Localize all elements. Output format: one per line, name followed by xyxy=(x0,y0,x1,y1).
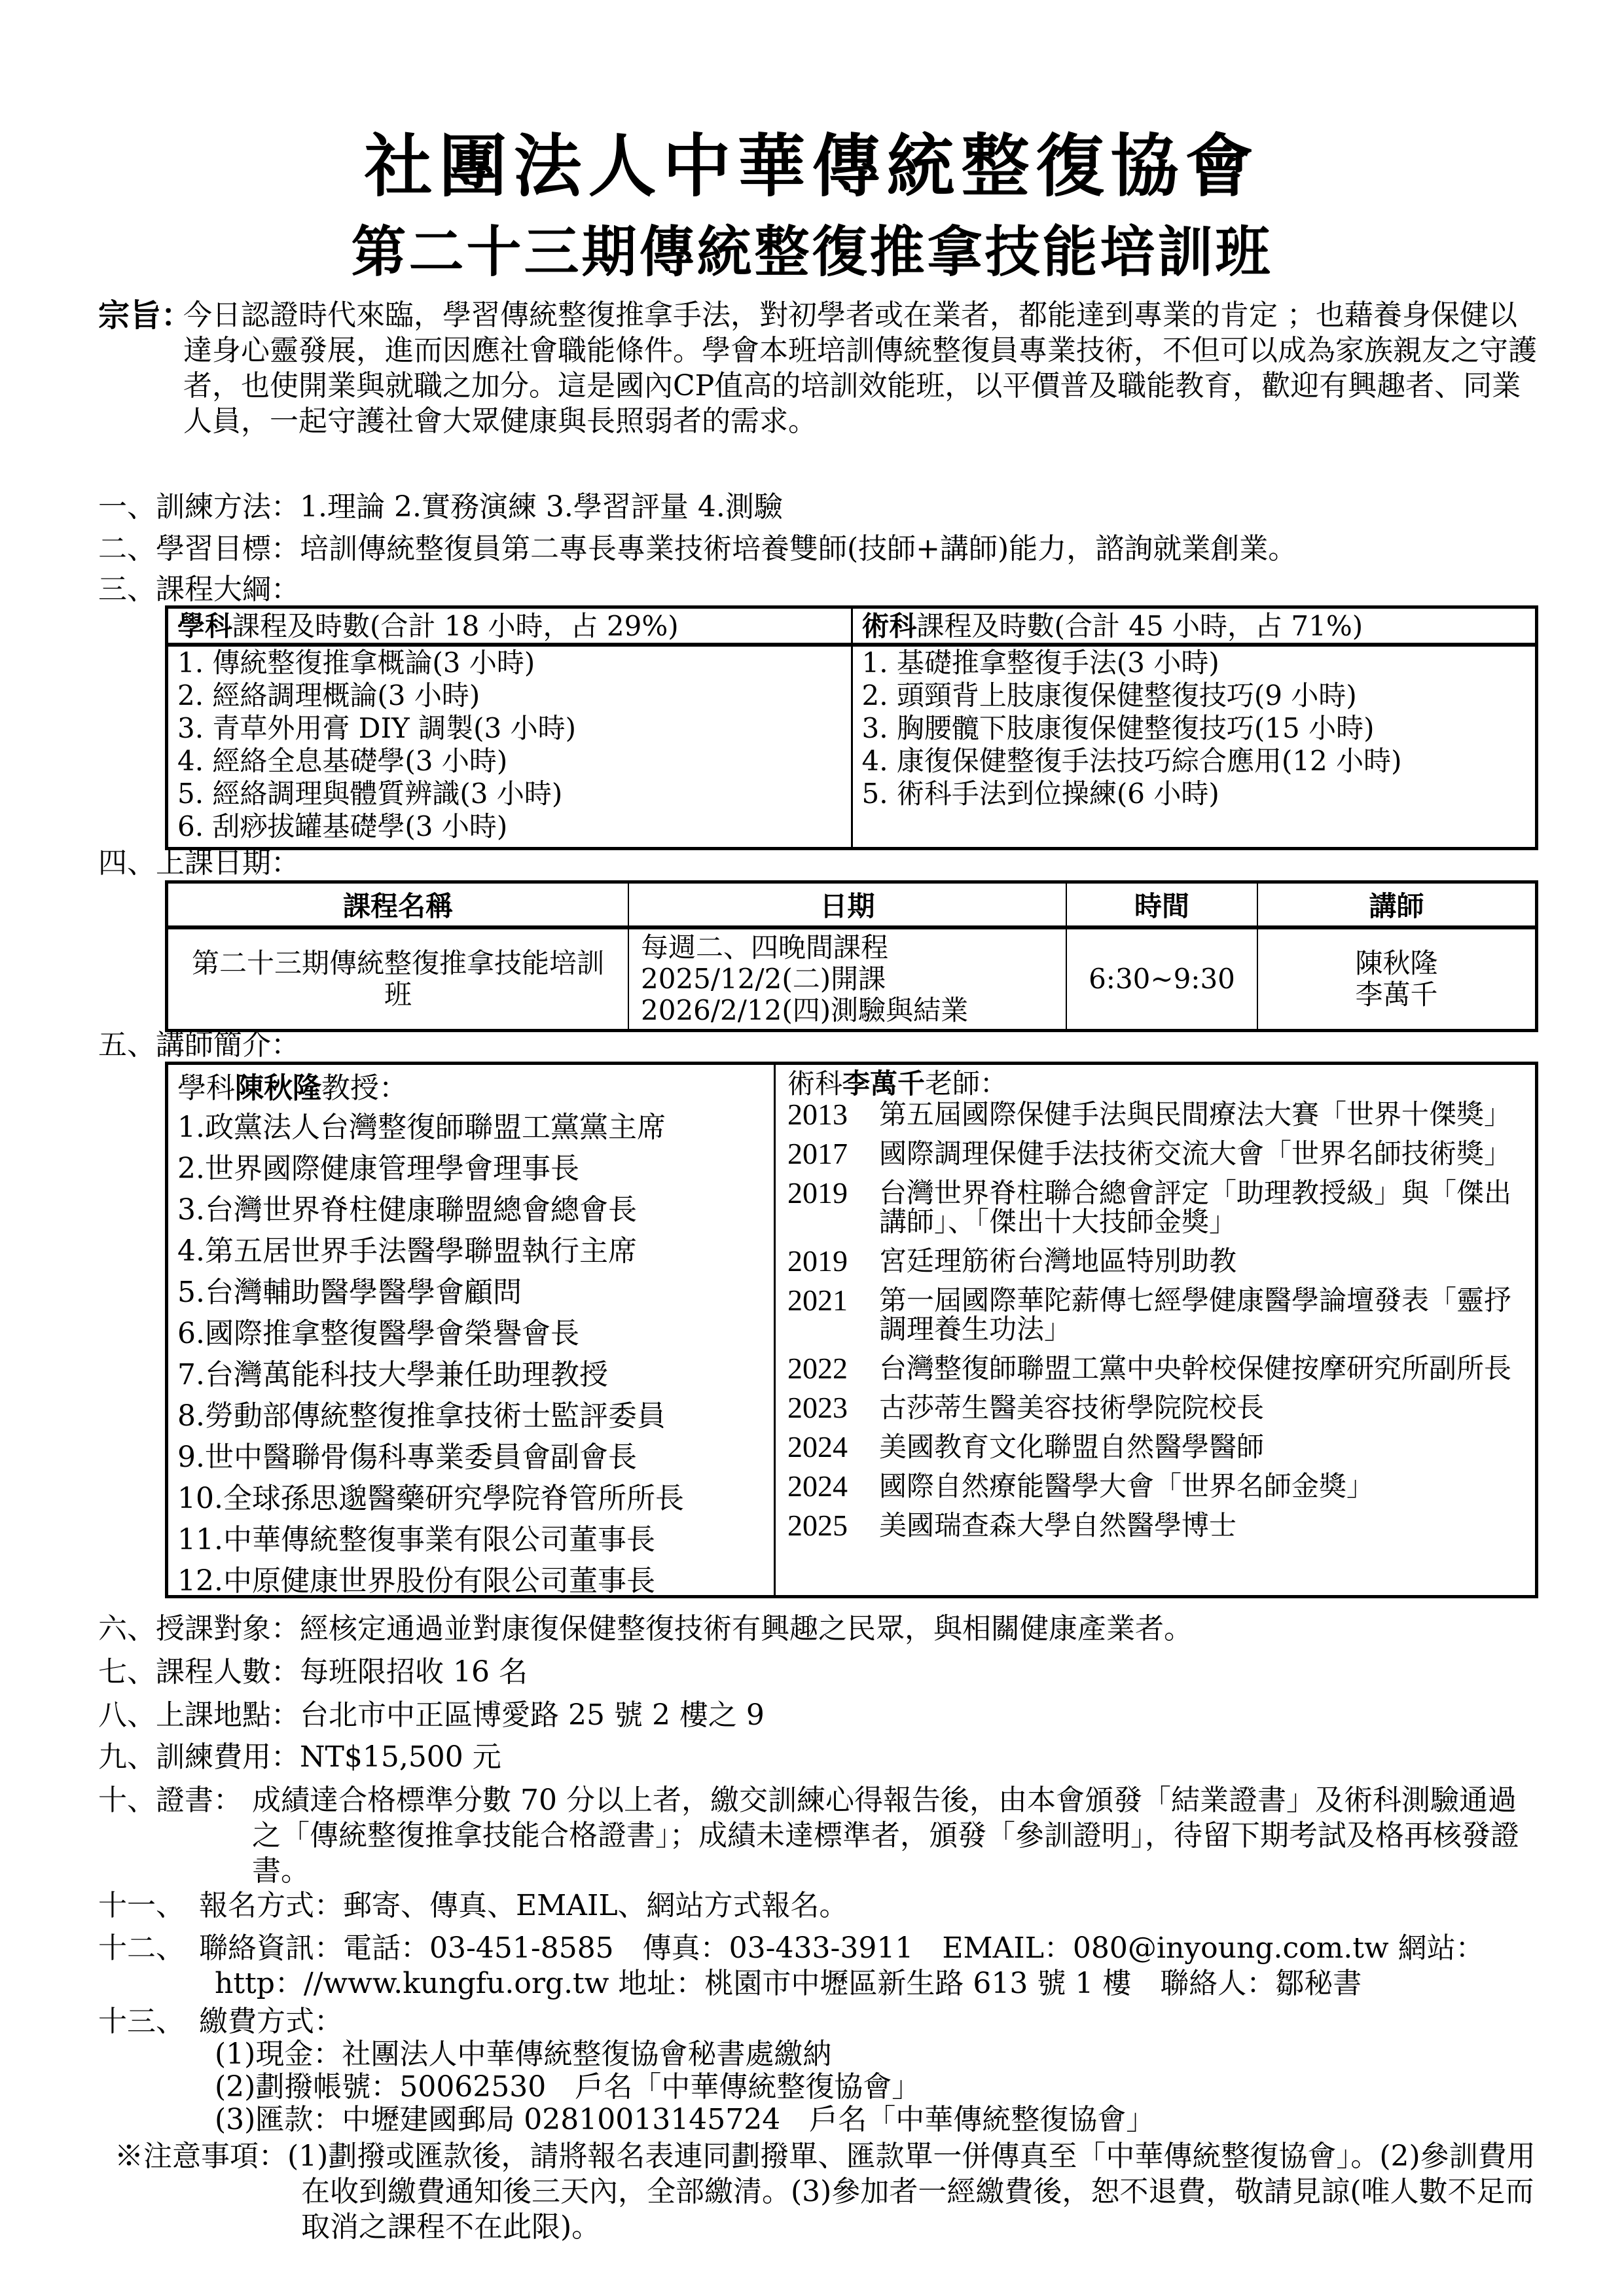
award-year: 2019 xyxy=(787,1247,879,1276)
chen-title-item: 2.世界國際健康管理學會理事長 xyxy=(177,1148,774,1189)
award-year: 2022 xyxy=(787,1354,879,1383)
section-registration: 十一、 報名方式：郵寄、傳真、EMAIL、網站方式報名。 xyxy=(98,1888,848,1924)
theory-item: 3. 青草外用膏 DIY 調製(3 小時) xyxy=(177,712,842,745)
chen-title-item: 6.國際推拿整復醫學會榮譽會長 xyxy=(177,1313,774,1354)
section-certificate: 十、證書： 成績達合格標準分數 70 分以上者，繳交訓練心得報告後，由本會頒發「… xyxy=(98,1783,1545,1889)
certificate-label: 十、證書： xyxy=(98,1783,242,1818)
li-award-item: 2022台灣整復師聯盟工黨中央幹校保健按摩研究所副所長 xyxy=(787,1354,1535,1383)
li-name: 李萬千 xyxy=(842,1067,925,1100)
li-award-item: 2024國際自然療能醫學大會「世界名師金獎」 xyxy=(787,1472,1535,1501)
li-award-item: 2021第一屆國際華陀薪傳七經學健康醫學論壇發表「靈抒調理養生功法」 xyxy=(787,1286,1535,1344)
award-text: 第一屆國際華陀薪傳七經學健康醫學論壇發表「靈抒調理養生功法」 xyxy=(879,1286,1535,1344)
chen-title-item: 5.台灣輔助醫學醫學會顧問 xyxy=(177,1272,774,1313)
award-text: 國際自然療能醫學大會「世界名師金獎」 xyxy=(879,1472,1535,1501)
li-award-item: 2013第五屆國際保健手法與民間療法大賽「世界十傑獎」 xyxy=(787,1100,1535,1129)
course-title: 第二十三期傳統整復推拿技能培訓班 xyxy=(0,208,1624,287)
li-suffix: 老師： xyxy=(925,1067,1007,1100)
award-year: 2024 xyxy=(787,1472,879,1501)
award-text: 美國教育文化聯盟自然醫學醫師 xyxy=(879,1433,1535,1462)
schedule-table: 課程名稱 日期 時間 講師 第二十三期傳統整復推拿技能培訓班 每週二、四晚間課程… xyxy=(165,880,1538,1032)
section-learning-goal: 二、學習目標：培訓傳統整復員第二專長專業技術培養雙師(技師+講師)能力，諮詢就業… xyxy=(98,531,1297,567)
theory-item: 6. 刮痧拔罐基礎學(3 小時) xyxy=(177,810,842,843)
theory-item: 4. 經絡全息基礎學(3 小時) xyxy=(177,745,842,778)
practice-header-text: 課程及時數(合計 45 小時，占 71%) xyxy=(917,610,1363,642)
li-award-item: 2019宮廷理筋術台灣地區特別助教 xyxy=(787,1247,1535,1276)
organization-title: 社團法人中華傳統整復協會 xyxy=(0,111,1624,209)
theory-item: 5. 經絡調理與體質辨識(3 小時) xyxy=(177,778,842,810)
li-award-item: 2024美國教育文化聯盟自然醫學醫師 xyxy=(787,1433,1535,1462)
schedule-instructor: 李萬千 xyxy=(1259,979,1534,1011)
theory-item: 1. 傳統整復推拿概論(3 小時) xyxy=(177,647,842,679)
award-text: 國際調理保健手法技術交流大會「世界名師技術獎」 xyxy=(879,1139,1535,1168)
li-award-item: 2025美國瑞查森大學自然醫學博士 xyxy=(787,1511,1535,1540)
chen-title-item: 3.台灣世界脊柱健康聯盟總會總會長 xyxy=(177,1189,774,1230)
schedule-instructor: 陳秋隆 xyxy=(1259,948,1534,979)
schedule-date-line: 2025/12/2(二)開課 xyxy=(641,963,1065,995)
theory-header-text: 課程及時數(合計 18 小時，占 29%) xyxy=(232,610,679,642)
schedule-dates: 每週二、四晚間課程 2025/12/2(二)開課 2026/2/12(四)測驗與… xyxy=(628,927,1066,1031)
schedule-instructors: 陳秋隆 李萬千 xyxy=(1257,927,1537,1031)
section-class-size: 七、課程人數：每班限招收 16 名 xyxy=(98,1655,528,1690)
theory-header: 學科課程及時數(合計 18 小時，占 29%) xyxy=(167,607,852,645)
award-year: 2017 xyxy=(787,1139,879,1168)
chen-title-item: 8.勞動部傳統整復推拿技術士監評委員 xyxy=(177,1395,774,1437)
theory-list: 1. 傳統整復推拿概論(3 小時) 2. 經絡調理概論(3 小時) 3. 青草外… xyxy=(167,645,852,849)
schedule-header-date: 日期 xyxy=(628,882,1066,928)
practice-header-bold: 術科 xyxy=(862,610,917,642)
purpose-text: 今日認證時代來臨，學習傳統整復推拿手法，對初學者或在業者，都能達到專業的肯定 ；… xyxy=(183,298,1545,439)
notes-text: ※注意事項：(1)劃撥或匯款後，請將報名表連同劃撥單、匯款單一併傳真至「中華傳統… xyxy=(115,2139,1548,2245)
award-text: 宮廷理筋術台灣地區特別助教 xyxy=(879,1247,1535,1276)
syllabus-table: 學科課程及時數(合計 18 小時，占 29%) 術科課程及時數(合計 45 小時… xyxy=(165,605,1538,850)
purpose-label: 宗旨： xyxy=(98,298,192,333)
section-target-audience: 六、授課對象：經核定通過並對康復保健整復技術有興趣之民眾，與相關健康產業者。 xyxy=(98,1611,1193,1647)
payment-method-item: (2)劃撥帳號：50062530 戶名「中華傳統整復協會」 xyxy=(215,2071,1155,2104)
schedule-time: 6:30~9:30 xyxy=(1066,927,1257,1031)
chen-title-item: 11.中華傳統整復事業有限公司董事長 xyxy=(177,1519,774,1560)
schedule-header-instructor: 講師 xyxy=(1257,882,1537,928)
award-year: 2023 xyxy=(787,1393,879,1422)
notes-section: ※注意事項：(1)劃撥或匯款後，請將報名表連同劃撥單、匯款單一併傳真至「中華傳統… xyxy=(115,2139,1548,2245)
payment-method-item: (3)匯款：中壢建國郵局 02810013145724 戶名「中華傳統整復協會」 xyxy=(215,2104,1155,2136)
section-syllabus-label: 三、課程大綱： xyxy=(98,572,300,607)
section-training-method: 一、訓練方法：1.理論 2.實務演練 3.學習評量 4.測驗 xyxy=(98,490,783,525)
chen-title-item: 7.台灣萬能科技大學兼任助理教授 xyxy=(177,1354,774,1395)
instructor-li-column: 術科李萬千老師： 2013第五屆國際保健手法與民間療法大賽「世界十傑獎」 201… xyxy=(776,1065,1535,1595)
section-schedule-label: 四、上課日期： xyxy=(98,846,300,881)
award-text: 台灣整復師聯盟工黨中央幹校保健按摩研究所副所長 xyxy=(879,1354,1535,1383)
instructor-li-heading: 術科李萬千老師： xyxy=(787,1067,1535,1100)
section-instructor-label: 五、講師簡介： xyxy=(98,1028,300,1063)
practice-item: 5. 術科手法到位操練(6 小時) xyxy=(862,778,1526,810)
award-year: 2013 xyxy=(787,1100,879,1129)
chen-suffix: 教授： xyxy=(321,1071,408,1105)
section-location: 八、上課地點：台北市中正區博愛路 25 號 2 樓之 9 xyxy=(98,1698,765,1733)
award-year: 2019 xyxy=(787,1179,879,1236)
instructor-profile-table: 學科陳秋隆教授： 1.政黨法人台灣整復師聯盟工黨黨主席 2.世界國際健康管理學會… xyxy=(165,1062,1538,1598)
practice-item: 1. 基礎推拿整復手法(3 小時) xyxy=(862,647,1526,679)
practice-item: 4. 康復保健整復手法技巧綜合應用(12 小時) xyxy=(862,745,1526,778)
practice-header: 術科課程及時數(合計 45 小時，占 71%) xyxy=(852,607,1537,645)
chen-title-item: 4.第五居世界手法醫學聯盟執行主席 xyxy=(177,1230,774,1272)
award-year: 2025 xyxy=(787,1511,879,1540)
li-award-item: 2019台灣世界脊柱聯合總會評定「助理教授級」與「傑出講師」、「傑出十大技師金獎… xyxy=(787,1179,1535,1236)
award-year: 2021 xyxy=(787,1286,879,1344)
schedule-date-line: 2026/2/12(四)測驗與結業 xyxy=(641,995,1065,1026)
chen-prefix: 學科 xyxy=(177,1071,235,1105)
schedule-course-name: 第二十三期傳統整復推拿技能培訓班 xyxy=(167,927,629,1031)
award-text: 古莎蒂生醫美容技術學院院校長 xyxy=(879,1393,1535,1422)
section-payment-label: 十三、 繳費方式： xyxy=(98,2004,343,2039)
award-text: 台灣世界脊柱聯合總會評定「助理教授級」與「傑出講師」、「傑出十大技師金獎」 xyxy=(879,1179,1535,1236)
li-award-item: 2017國際調理保健手法技術交流大會「世界名師技術獎」 xyxy=(787,1139,1535,1168)
instructor-chen-column: 學科陳秋隆教授： 1.政黨法人台灣整復師聯盟工黨黨主席 2.世界國際健康管理學會… xyxy=(168,1065,776,1595)
practice-item: 2. 頭頸背上肢康復保健整復技巧(9 小時) xyxy=(862,679,1526,712)
chen-title-item: 10.全球孫思邈醫藥研究學院脊管所所長 xyxy=(177,1478,774,1519)
payment-methods: (1)現金：社團法人中華傳統整復協會秘書處繳納 (2)劃撥帳號：50062530… xyxy=(215,2038,1155,2136)
practice-item: 3. 胸腰髖下肢康復保健整復技巧(15 小時) xyxy=(862,712,1526,745)
schedule-header-time: 時間 xyxy=(1066,882,1257,928)
li-award-item: 2023古莎蒂生醫美容技術學院院校長 xyxy=(787,1393,1535,1422)
instructor-chen-heading: 學科陳秋隆教授： xyxy=(177,1070,774,1107)
section-contact-line1: 十二、 聯絡資訊：電話：03-451-8585 傳真：03-433-3911 E… xyxy=(98,1931,1485,1966)
schedule-header-course: 課程名稱 xyxy=(167,882,629,928)
certificate-text: 成績達合格標準分數 70 分以上者，繳交訓練心得報告後，由本會頒發「結業證書」及… xyxy=(252,1783,1545,1889)
section-contact-line2: http：//www.kungfu.org.tw 地址：桃園市中壢區新生路 61… xyxy=(215,1966,1362,2001)
theory-item: 2. 經絡調理概論(3 小時) xyxy=(177,679,842,712)
award-text: 美國瑞查森大學自然醫學博士 xyxy=(879,1511,1535,1540)
section-fee: 九、訓練費用：NT$15,500 元 xyxy=(98,1740,501,1775)
award-year: 2024 xyxy=(787,1433,879,1462)
purpose-section: 宗旨： 今日認證時代來臨，學習傳統整復推拿手法，對初學者或在業者，都能達到專業的… xyxy=(98,298,1545,439)
li-prefix: 術科 xyxy=(787,1067,842,1100)
chen-name: 陳秋隆 xyxy=(235,1071,321,1105)
chen-title-item: 1.政黨法人台灣整復師聯盟工黨黨主席 xyxy=(177,1107,774,1148)
schedule-date-line: 每週二、四晚間課程 xyxy=(641,932,1065,963)
chen-title-item: 9.世中醫聯骨傷科專業委員會副會長 xyxy=(177,1437,774,1478)
award-text: 第五屆國際保健手法與民間療法大賽「世界十傑獎」 xyxy=(879,1100,1535,1129)
payment-method-item: (1)現金：社團法人中華傳統整復協會秘書處繳納 xyxy=(215,2038,1155,2071)
theory-header-bold: 學科 xyxy=(177,610,232,642)
practice-list: 1. 基礎推拿整復手法(3 小時) 2. 頭頸背上肢康復保健整復技巧(9 小時)… xyxy=(852,645,1537,849)
chen-title-item: 12.中原健康世界股份有限公司董事長 xyxy=(177,1560,774,1602)
